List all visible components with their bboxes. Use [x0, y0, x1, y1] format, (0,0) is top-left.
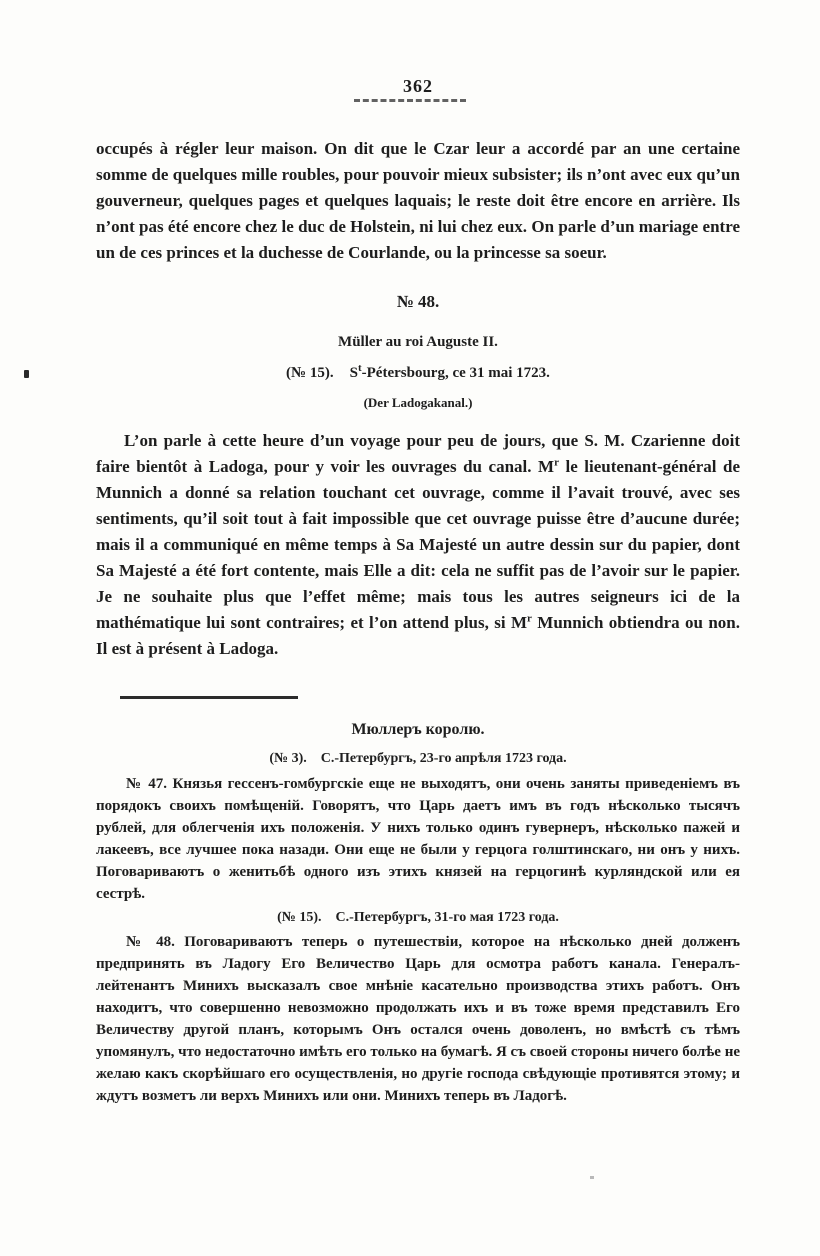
french-dateline: (№ 15).St-Pétersbourg, ce 31 mai 1723.: [96, 365, 740, 382]
french-paragraph-2: L’on parle à cette heure d’un voyage pou…: [96, 428, 740, 662]
russian-paragraph-48: № 48. Поговариваютъ теперь о путешествіи…: [96, 931, 740, 1107]
page-header: 362: [96, 76, 740, 102]
paragraph-text: le lieutenant-général de Munnich a donné…: [96, 457, 740, 632]
dateline-place: С.-Петербургъ, 23-го апрѣля 1723 года.: [321, 751, 567, 766]
dateline-place: St-Pétersbourg, ce 31 mai 1723.: [350, 365, 550, 381]
russian-title: Мюллеръ королю.: [96, 721, 740, 739]
dateline-place-base: S: [350, 365, 358, 381]
dateline-number: (№ 15).: [286, 365, 334, 381]
russian-dateline-2: (№ 15).С.-Петербургъ, 31-го мая 1723 год…: [96, 910, 740, 926]
ink-speck: [590, 1176, 594, 1179]
french-paragraph-1: occupés à régler leur maison. On dit que…: [96, 136, 740, 266]
book-page: 362 occupés à régler leur maison. On dit…: [0, 0, 820, 1256]
russian-paragraph-47: № 47. Князья гессенъ-гомбургскіе еще не …: [96, 773, 740, 905]
dateline-place: С.-Петербургъ, 31-го мая 1723 года.: [336, 910, 559, 925]
document-number-heading: № 48.: [96, 292, 740, 312]
page-number: 362: [403, 76, 433, 97]
dateline-place-rest: -Pétersbourg, ce 31 mai 1723.: [362, 365, 550, 381]
dateline-number: (№ 3).: [269, 751, 306, 766]
document-subject: (Der Ladogakanal.): [96, 395, 740, 411]
section-separator-rule: [120, 696, 298, 699]
dateline-number: (№ 15).: [277, 910, 321, 925]
page-content: 362 occupés à régler leur maison. On dit…: [0, 0, 820, 1107]
document-title: Müller au roi Auguste II.: [96, 334, 740, 351]
page-number-rule: [354, 99, 466, 102]
russian-dateline-1: (№ 3).С.-Петербургъ, 23-го апрѣля 1723 г…: [96, 751, 740, 767]
ink-spot: [24, 370, 29, 378]
